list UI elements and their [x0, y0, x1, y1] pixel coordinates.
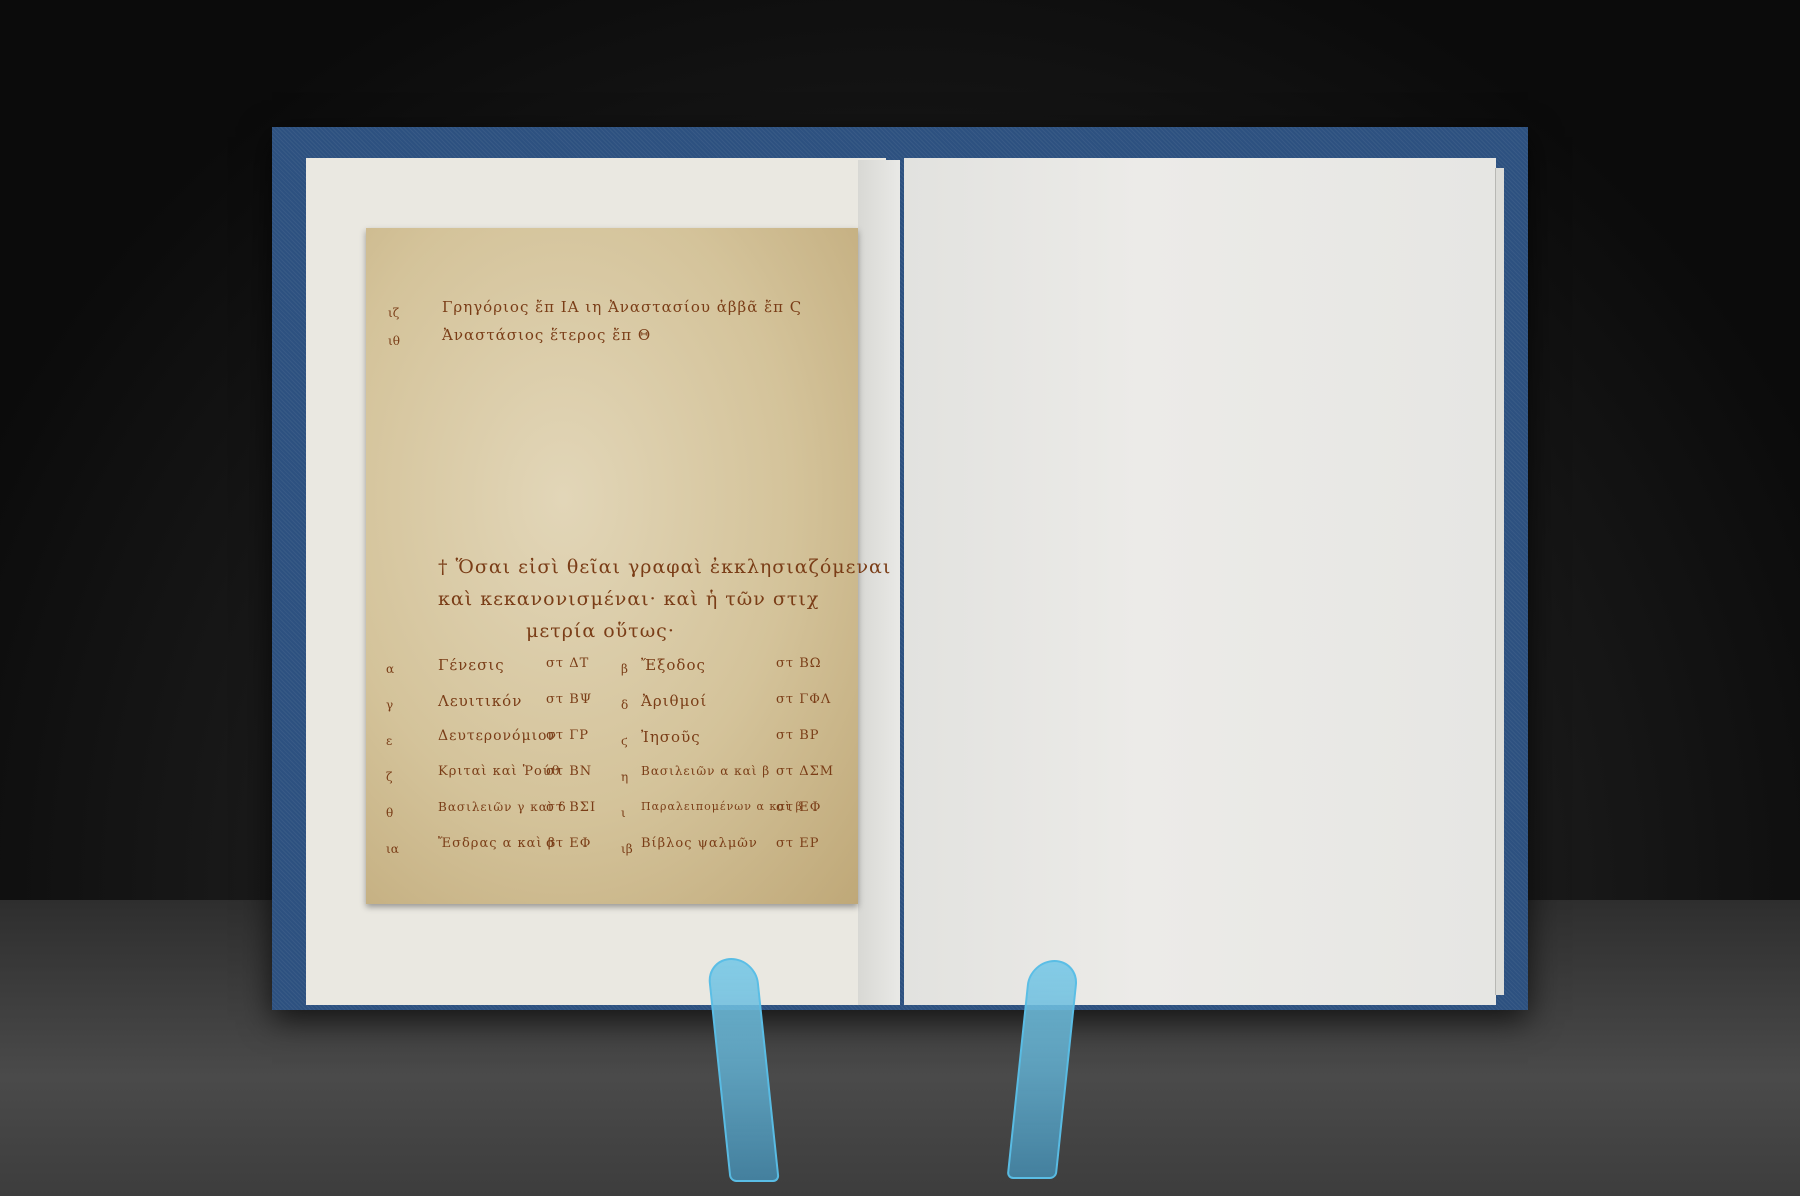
book-name: Βασιλειῶν α καὶ β: [641, 764, 770, 778]
stichoi-count: στ ΓΦΛ: [776, 692, 831, 707]
row-number: α: [386, 662, 394, 676]
row-number: ια: [386, 842, 399, 856]
stichoi-count: στ ΕΡ: [776, 836, 819, 851]
row-number: γ: [386, 698, 393, 712]
stichoi-count: στ ΔΣΜ: [776, 764, 834, 779]
right-blank-board: [904, 158, 1496, 1005]
book-name: Βίβλος ψαλμῶν: [641, 836, 758, 851]
stichoi-count: στ ΕΦ: [776, 800, 821, 815]
manuscript-leaf: ιζ Γρηγόριος ἔπ ΙΑ ιη Ἀναστασίου ἀββᾶ ἔπ…: [366, 228, 858, 904]
row-number: ε: [386, 734, 392, 748]
book-name: Γένεσις: [438, 656, 505, 674]
stichoi-count: στ ΕΦ: [546, 836, 591, 851]
row-number: ιβ: [621, 842, 633, 856]
manuscript-line: Ἀναστάσιος ἕτερος ἔπ Θ: [442, 326, 651, 344]
book-name: Ἔξοδος: [641, 656, 706, 674]
row-number: δ: [621, 698, 628, 712]
row-number: ιζ: [388, 306, 399, 320]
book-name: Λευιτικόν: [438, 692, 522, 710]
stichoi-count: στ ΒΩ: [776, 656, 822, 671]
stichoi-count: στ ΓΡ: [546, 728, 589, 743]
heading-line: μετρία οὕτως·: [526, 620, 675, 642]
row-number: ϛ: [621, 734, 628, 748]
row-number: θ: [386, 806, 393, 820]
book-name: Κριταὶ καὶ Ῥούθ: [438, 764, 561, 779]
stichoi-count: στ ΒΡ: [776, 728, 820, 743]
stichoi-count: στ ΒΝ: [546, 764, 592, 779]
heading-line: † Ὅσαι εἰσὶ θεῖαι γραφαὶ ἐκκλησιαζόμεναι: [438, 556, 891, 578]
folder-fold-flap: [858, 160, 900, 1005]
row-number: ζ: [386, 770, 393, 784]
row-number: β: [621, 662, 628, 676]
book-name: Δευτερονόμιον: [438, 728, 557, 744]
book-name: Ἰησοῦς: [641, 728, 701, 746]
stichoi-count: στ ΒΣΙ: [546, 800, 596, 815]
row-number: ιθ: [388, 334, 400, 348]
stichoi-count: στ ΔΤ: [546, 656, 589, 671]
board-edge: [1495, 168, 1504, 995]
stichoi-count: στ ΒΨ: [546, 692, 592, 707]
row-number: ι: [621, 806, 626, 820]
heading-line: καὶ κεκανονισμέναι· καὶ ἡ τῶν στιχ: [438, 588, 819, 610]
row-number: η: [621, 770, 628, 784]
book-name: Ἔσδρας α καὶ β: [438, 836, 556, 851]
manuscript-line: Γρηγόριος ἔπ ΙΑ ιη Ἀναστασίου ἀββᾶ ἔπ Ϛ: [442, 298, 802, 316]
book-name: Ἀριθμοί: [641, 692, 707, 710]
